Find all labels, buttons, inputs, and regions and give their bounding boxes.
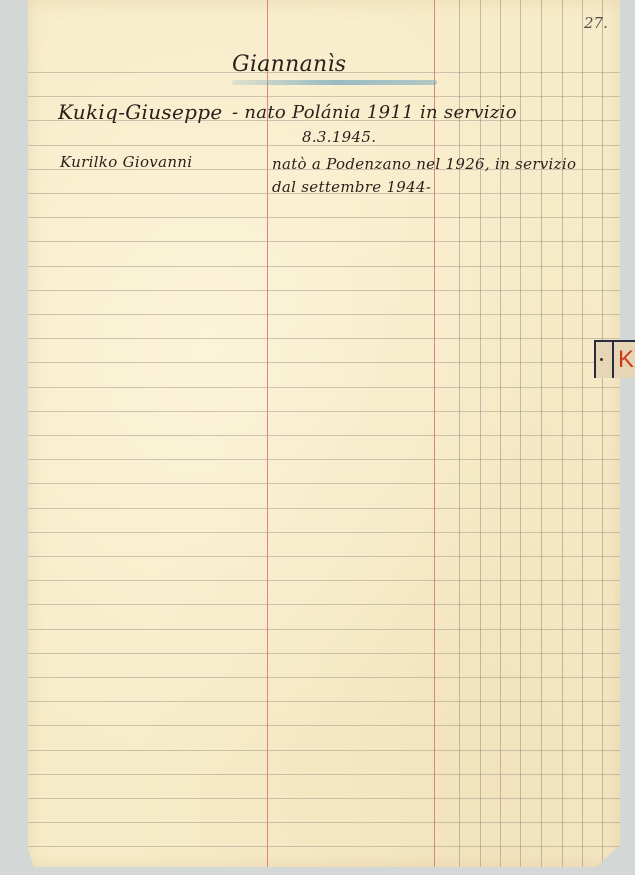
ruled-line	[28, 822, 620, 823]
ruled-line	[28, 338, 620, 339]
page-heading: Giannanìs	[232, 52, 346, 77]
ruled-line	[28, 435, 620, 436]
ruled-line	[28, 241, 620, 242]
entry-1-detail-text: - nato Polánia 1911 in servizio	[232, 102, 517, 123]
ruled-line	[28, 411, 620, 412]
column-line	[480, 0, 481, 867]
ruled-line	[28, 580, 620, 581]
entry-1-detail: - nato Polánia 1911 in servizio	[232, 102, 517, 123]
ruled-line	[28, 604, 620, 605]
ruled-line	[28, 459, 620, 460]
ruled-line	[28, 677, 620, 678]
ruled-line	[28, 725, 620, 726]
ruled-line	[28, 532, 620, 533]
column-line	[602, 0, 603, 867]
entry-2-detail-line2: dal settembre 1944-	[272, 178, 431, 196]
ruled-line	[28, 653, 620, 654]
ruled-line	[28, 483, 620, 484]
ruled-line	[28, 362, 620, 363]
page-number: 27.	[584, 14, 608, 32]
tab-dot	[600, 358, 603, 361]
entry-2-name: Kurilko Giovanni	[60, 153, 192, 171]
ruled-line	[28, 774, 620, 775]
index-tab: K	[594, 340, 635, 378]
column-line	[562, 0, 563, 867]
ruled-line	[28, 508, 620, 509]
ruled-line	[28, 266, 620, 267]
entry-1-date: 8.3.1945.	[302, 128, 376, 146]
ruled-line	[28, 96, 620, 97]
ruled-line	[28, 629, 620, 630]
heading-underline	[232, 80, 437, 85]
column-line	[500, 0, 501, 867]
column-line	[459, 0, 460, 867]
entry-2-detail: natò a Podenzano nel 1926, in servizio	[272, 155, 576, 173]
column-line	[520, 0, 521, 867]
ruled-line	[28, 314, 620, 315]
entry-1-name: Kukiq-Giuseppe	[58, 100, 222, 124]
column-line	[582, 0, 583, 867]
ruled-line	[28, 750, 620, 751]
ruled-line	[28, 556, 620, 557]
column-line	[541, 0, 542, 867]
ruled-line	[28, 387, 620, 388]
ruled-line	[28, 217, 620, 218]
margin-line-red	[267, 0, 268, 867]
ruled-line	[28, 798, 620, 799]
ruled-line	[28, 701, 620, 702]
ruled-line	[28, 290, 620, 291]
index-tab-letter: K	[618, 345, 634, 375]
ruled-line	[28, 846, 620, 847]
tab-divider	[612, 342, 614, 378]
margin-line-red	[434, 0, 435, 867]
